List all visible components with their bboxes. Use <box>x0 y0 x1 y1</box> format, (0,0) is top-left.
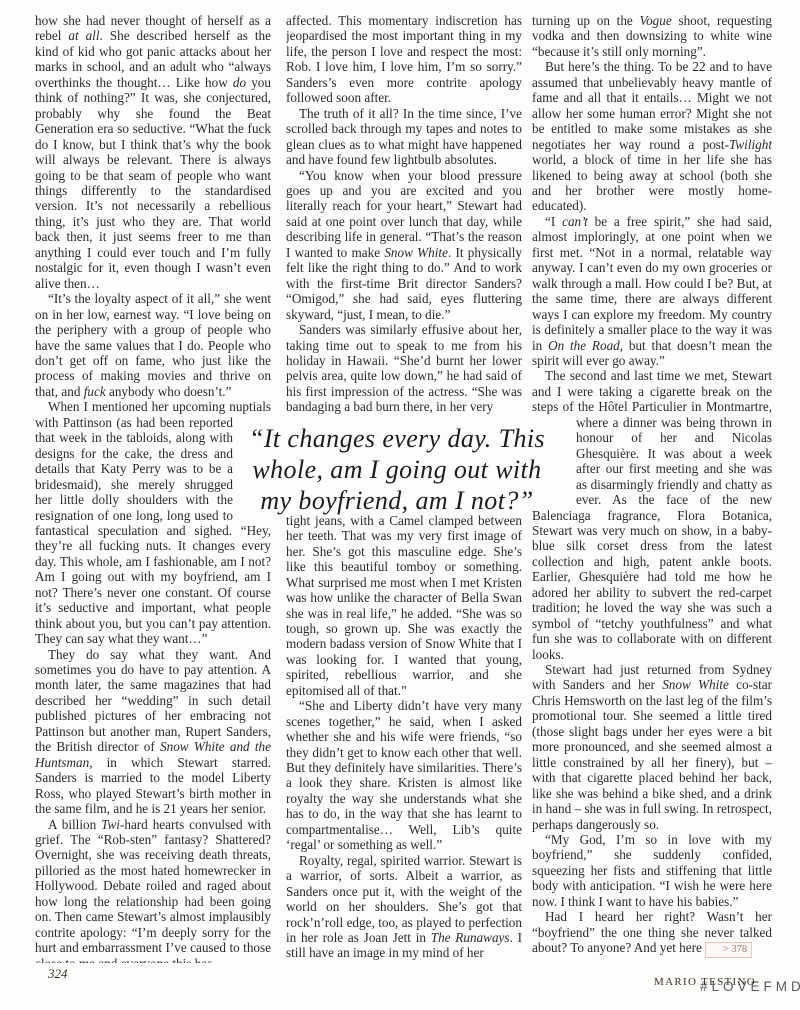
paragraph: A billion Twi-hard hearts convulsed with… <box>35 817 271 963</box>
paragraph: They do say what they want. And sometime… <box>35 647 271 817</box>
paragraph: turning up on the Vogue shoot, requestin… <box>532 13 772 59</box>
body-text: Sanders was similarly effusive about her… <box>286 322 522 414</box>
paragraph: “She and Liberty didn’t have very many s… <box>286 698 522 853</box>
body-text: “It’s the loyalty aspect of it all,” she… <box>35 291 271 399</box>
paragraph: “I can’t be a free spirit,” she had said… <box>532 214 772 369</box>
body-text: co-star Chris Hemsworth on the last leg … <box>532 677 772 831</box>
paragraph: “It’s the loyalty aspect of it all,” she… <box>35 291 271 399</box>
page-number: 324 <box>48 966 68 982</box>
italic-text: can’t <box>562 214 588 229</box>
body-text: “My God, I’m so in love with my boyfrien… <box>532 832 772 909</box>
paragraph: “You know when your blood pressure goes … <box>286 168 522 323</box>
italic-text: do <box>233 75 246 90</box>
body-text: affected. This momentary indiscretion ha… <box>286 13 522 105</box>
paragraph: “My God, I’m so in love with my boyfrien… <box>532 832 772 909</box>
body-text: tight jeans, with a Camel clamped betwee… <box>286 513 522 698</box>
italic-text: Vogue <box>640 13 672 28</box>
body-text: turning up on the <box>532 13 640 28</box>
body-text: A billion <box>48 817 101 832</box>
italic-text: On the Road <box>548 338 620 353</box>
body-text: world, a block of time in her life she h… <box>532 152 772 213</box>
italic-text: Snow White <box>384 245 448 260</box>
italic-text: Twi <box>101 817 120 832</box>
body-text: They do say what they want. And sometime… <box>35 647 271 755</box>
paragraph: The truth of it all? In the time since, … <box>286 106 522 168</box>
pull-quote-line: my boyfriend, am I not?” <box>222 485 572 516</box>
magazine-page: how she had never thought of herself as … <box>0 0 800 1010</box>
italic-text: Twilight <box>729 137 772 152</box>
italic-text: at all <box>68 28 99 43</box>
paragraph: Royalty, regal, spirited warrior. Stewar… <box>286 853 522 961</box>
paragraph: affected. This momentary indiscretion ha… <box>286 13 522 106</box>
paragraph: But here’s the thing. To be 22 and to ha… <box>532 59 772 214</box>
pull-quote: “It changes every day. Thiswhole, am I g… <box>222 423 572 516</box>
body-text: be a free spirit,” she had said, almost … <box>532 214 772 353</box>
italic-text: fuck <box>84 384 106 399</box>
body-text: -hard hearts convulsed with grief. The “… <box>35 817 271 963</box>
paragraph: Stewart had just returned from Sydney wi… <box>532 662 772 832</box>
paragraph: tight jeans, with a Camel clamped betwee… <box>286 513 522 698</box>
continuation-marker: > 378 <box>705 942 752 958</box>
body-text: “I <box>545 214 562 229</box>
watermark: #LOVEFMD <box>700 979 800 994</box>
body-text: anybody who doesn’t.” <box>106 384 232 399</box>
body-text: “She and Liberty didn’t have very many s… <box>286 698 522 852</box>
paragraph: how she had never thought of herself as … <box>35 13 271 291</box>
body-text: you think of nothing?” It was, she conje… <box>35 75 271 291</box>
paragraph: Sanders was similarly effusive about her… <box>286 322 522 415</box>
pull-quote-line: whole, am I going out with <box>222 454 572 485</box>
paragraph: Had I heard her right? Wasn’t her “boyfr… <box>532 909 772 958</box>
italic-text: The Runaways <box>431 930 510 945</box>
pull-quote-line: “It changes every day. This <box>222 423 572 454</box>
body-text: The truth of it all? In the time since, … <box>286 106 522 167</box>
italic-text: Snow White <box>662 677 729 692</box>
